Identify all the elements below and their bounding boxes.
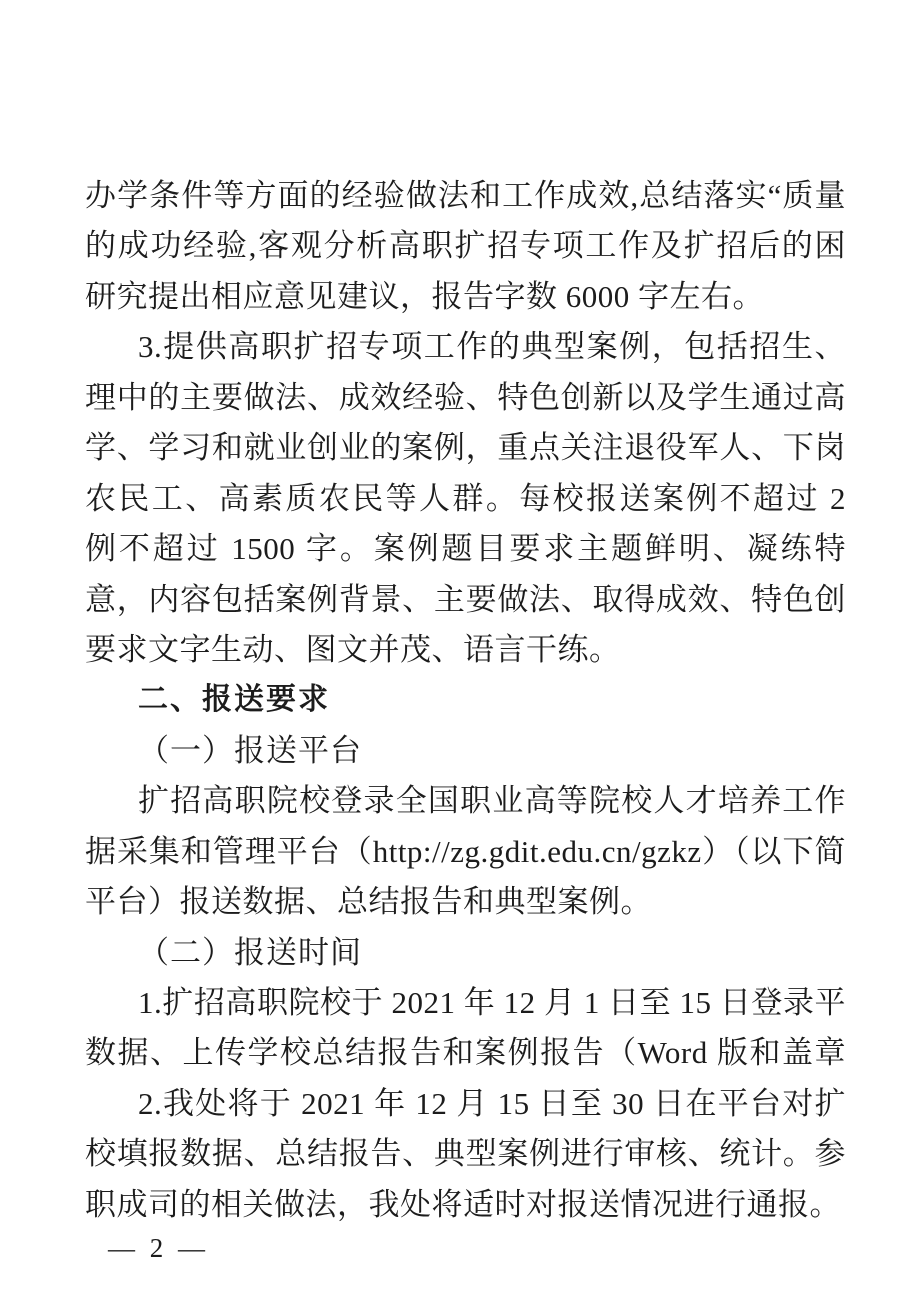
body-line: 扩招高职院校登录全国职业高等院校人才培养工作状态数 bbox=[85, 776, 846, 826]
body-line: 职成司的相关做法，我处将适时对报送情况进行通报。 bbox=[85, 1180, 846, 1230]
body-line: 平台）报送数据、总结报告和典型案例。 bbox=[85, 877, 846, 927]
body-line: 研究提出相应意见建议，报告字数 6000 字左右。 bbox=[85, 272, 846, 322]
section-heading: 二、报送要求 bbox=[85, 675, 846, 725]
body-line: 意，内容包括案例背景、主要做法、取得成效、特色创新等部分， bbox=[85, 575, 846, 625]
body-line: 办学条件等方面的经验做法和工作成效,总结落实“质量型扩招” bbox=[85, 171, 846, 221]
document-text-block: 办学条件等方面的经验做法和工作成效,总结落实“质量型扩招” 的成功经验,客观分析… bbox=[85, 171, 846, 1230]
body-line: 2.我处将于 2021 年 12 月 15 日至 30 日在平台对扩招高职院 bbox=[85, 1079, 846, 1129]
subsection-heading: （二）报送时间 bbox=[85, 928, 846, 978]
body-line: 据采集和管理平台（http://zg.gdit.edu.cn/gzkz）（以下简… bbox=[85, 827, 846, 877]
page-number: — 2 — bbox=[108, 1233, 209, 1264]
body-line: 数据、上传学校总结报告和案例报告（Word 版和盖章 PDF 版）。 bbox=[85, 1028, 846, 1078]
body-line: 要求文字生动、图文并茂、语言干练。 bbox=[85, 625, 846, 675]
body-line: 3.提供高职扩招专项工作的典型案例，包括招生、教学和管 bbox=[85, 322, 846, 372]
body-line: 农民工、高素质农民等人群。每校报送案例不超过 2 个，每个案 bbox=[85, 474, 846, 524]
body-line: 例不超过 1500 字。案例题目要求主题鲜明、凝练特色、富有新 bbox=[85, 524, 846, 574]
body-line: 1.扩招高职院校于 2021 年 12 月 1 日至 15 日登录平台填报 bbox=[85, 978, 846, 1028]
body-line: 校填报数据、总结报告、典型案例进行审核、统计。参照教育部 bbox=[85, 1129, 846, 1179]
subsection-heading: （一）报送平台 bbox=[85, 726, 846, 776]
body-line: 的成功经验,客观分析高职扩招专项工作及扩招后的困难、问题, bbox=[85, 221, 846, 271]
body-line: 学、学习和就业创业的案例，重点关注退役军人、下岗失业人员、 bbox=[85, 423, 846, 473]
body-line: 理中的主要做法、成效经验、特色创新以及学生通过高职扩招入 bbox=[85, 373, 846, 423]
document-page: 办学条件等方面的经验做法和工作成效,总结落实“质量型扩招” 的成功经验,客观分析… bbox=[0, 0, 897, 1315]
